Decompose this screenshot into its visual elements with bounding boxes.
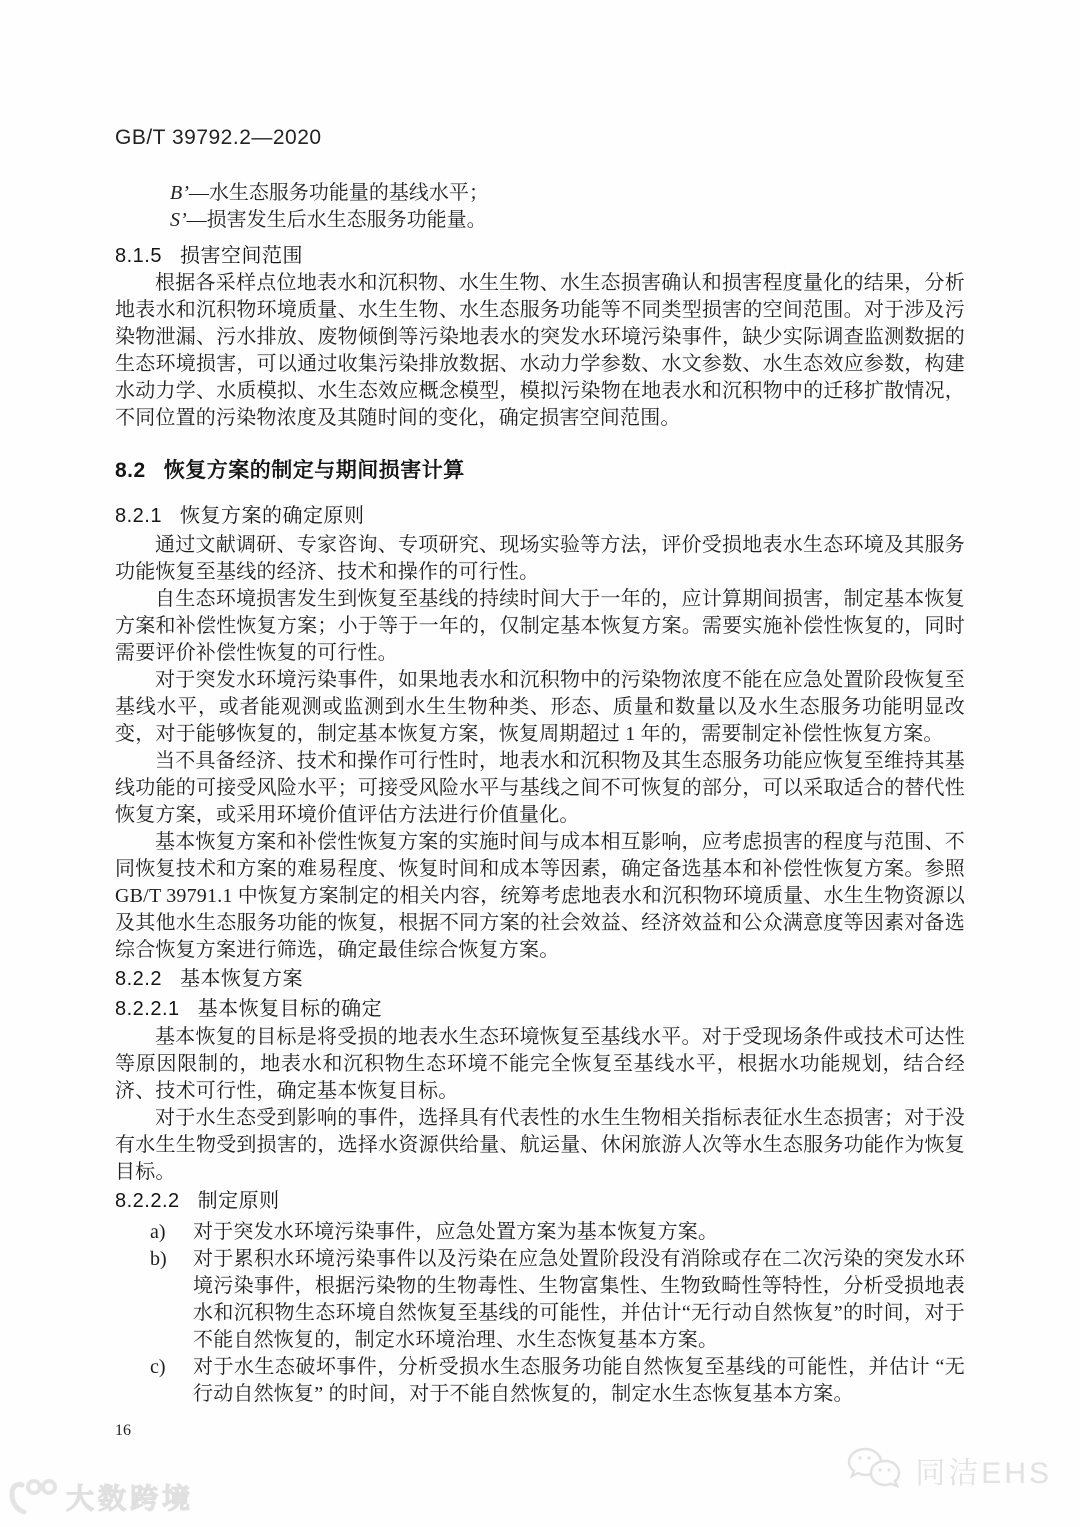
list-item-text: 对于累积水环境污染事件以及污染在应急处置阶段没有消除或存在二次污染的突发水环境污… [193, 1246, 965, 1354]
dashu-100-bubble-logo-icon [8, 1477, 60, 1517]
symbol-definition-s: S’—损害发生后水生态服务功能量。 [170, 207, 965, 234]
list-item-marker: c) [150, 1354, 193, 1381]
watermark-right-text: 同洁EHS [915, 1448, 1052, 1492]
paragraph-8-1-5: 根据各采样点位地表水和沉积物、水生生物、水生态损害确认和损害程度量化的结果，分析… [115, 270, 965, 432]
watermark-tongjie-ehs: 同洁EHS [847, 1447, 1052, 1493]
watermark-dashukuajing: 大数跨境 [8, 1477, 194, 1517]
symbol-b: B’ [170, 182, 189, 204]
document-code: GB/T 39792.2—2020 [115, 126, 965, 150]
heading-8-1-5: 8.1.5损害空间范围 [115, 242, 965, 270]
paragraph-8-2-1-5: 基本恢复方案和补偿性恢复方案的实施时间与成本相互影响，应考虑损害的程度与范围、不… [115, 829, 965, 964]
heading-number: 8.2.2 [115, 968, 162, 990]
heading-title: 恢复方案的确定原则 [180, 505, 365, 527]
paragraph-8-2-1-1: 通过文献调研、专家咨询、专项研究、现场实验等方法，评价受损地表水生态环境及其服务… [115, 532, 965, 586]
list-item-text: 对于突发水环境污染事件，应急处置方案为基本恢复方案。 [193, 1219, 965, 1246]
symbol-b-description: —水生态服务功能量的基线水平； [189, 182, 489, 204]
heading-8-2-2-1: 8.2.2.1基本恢复目标的确定 [115, 994, 965, 1024]
heading-8-2-1: 8.2.1恢复方案的确定原则 [115, 502, 965, 530]
symbol-definitions: B’—水生态服务功能量的基线水平； S’—损害发生后水生态服务功能量。 [170, 180, 965, 234]
symbol-s-description: —损害发生后水生态服务功能量。 [187, 209, 487, 231]
page-number: 16 [115, 1422, 965, 1440]
wechat-bubbles-icon [847, 1447, 905, 1493]
heading-title: 基本恢复目标的确定 [198, 998, 383, 1020]
symbol-s: S’ [170, 209, 187, 231]
heading-number: 8.2.2.2 [115, 1190, 180, 1212]
symbol-definition-b: B’—水生态服务功能量的基线水平； [170, 180, 965, 207]
paragraph-8-2-1-4: 当不具备经济、技术和操作可行性时，地表水和沉积物及其生态服务功能应恢复至维持其基… [115, 748, 965, 829]
heading-8-2-2: 8.2.2基本恢复方案 [115, 964, 965, 994]
list-item-marker: b) [150, 1246, 193, 1273]
heading-number: 8.2 [115, 459, 146, 482]
heading-title: 损害空间范围 [180, 245, 303, 267]
list-item-text: 对于水生态破坏事件，分析受损水生态服务功能自然恢复至基线的可能性，并估计 “无行… [193, 1354, 965, 1408]
heading-number: 8.1.5 [115, 245, 162, 267]
heading-title: 基本恢复方案 [180, 968, 303, 990]
paragraph-8-2-2-1-1: 基本恢复的目标是将受损的地表水生态环境恢复至基线水平。对于受现场条件或技术可达性… [115, 1024, 965, 1105]
list-item-b: b) 对于累积水环境污染事件以及污染在应急处置阶段没有消除或存在二次污染的突发水… [150, 1246, 965, 1354]
list-item-a: a) 对于突发水环境污染事件，应急处置方案为基本恢复方案。 [150, 1219, 965, 1246]
heading-number: 8.2.1 [115, 505, 162, 527]
paragraph-8-2-1-2: 自生态环境损害发生到恢复至基线的持续时间大于一年的，应计算期间损害，制定基本恢复… [115, 586, 965, 667]
heading-title: 恢复方案的制定与期间损害计算 [164, 459, 465, 482]
heading-title: 制定原则 [198, 1190, 280, 1212]
ordered-list-8-2-2-2: a) 对于突发水环境污染事件，应急处置方案为基本恢复方案。 b) 对于累积水环境… [115, 1219, 965, 1408]
paragraph-8-2-2-1-2: 对于水生态受到影响的事件，选择具有代表性的水生生物相关指标表征水生态损害；对于没… [115, 1105, 965, 1186]
list-item-c: c) 对于水生态破坏事件，分析受损水生态服务功能自然恢复至基线的可能性，并估计 … [150, 1354, 965, 1408]
watermark-left-text: 大数跨境 [66, 1477, 194, 1517]
heading-8-2-2-2: 8.2.2.2制定原则 [115, 1186, 965, 1216]
paragraph-8-2-1-3: 对于突发水环境污染事件，如果地表水和沉积物中的污染物浓度不能在应急处置阶段恢复至… [115, 667, 965, 748]
heading-8-2: 8.2恢复方案的制定与期间损害计算 [115, 456, 965, 486]
document-page: GB/T 39792.2—2020 B’—水生态服务功能量的基线水平； S’—损… [0, 0, 1080, 1527]
heading-number: 8.2.2.1 [115, 998, 180, 1020]
list-item-marker: a) [150, 1219, 193, 1246]
